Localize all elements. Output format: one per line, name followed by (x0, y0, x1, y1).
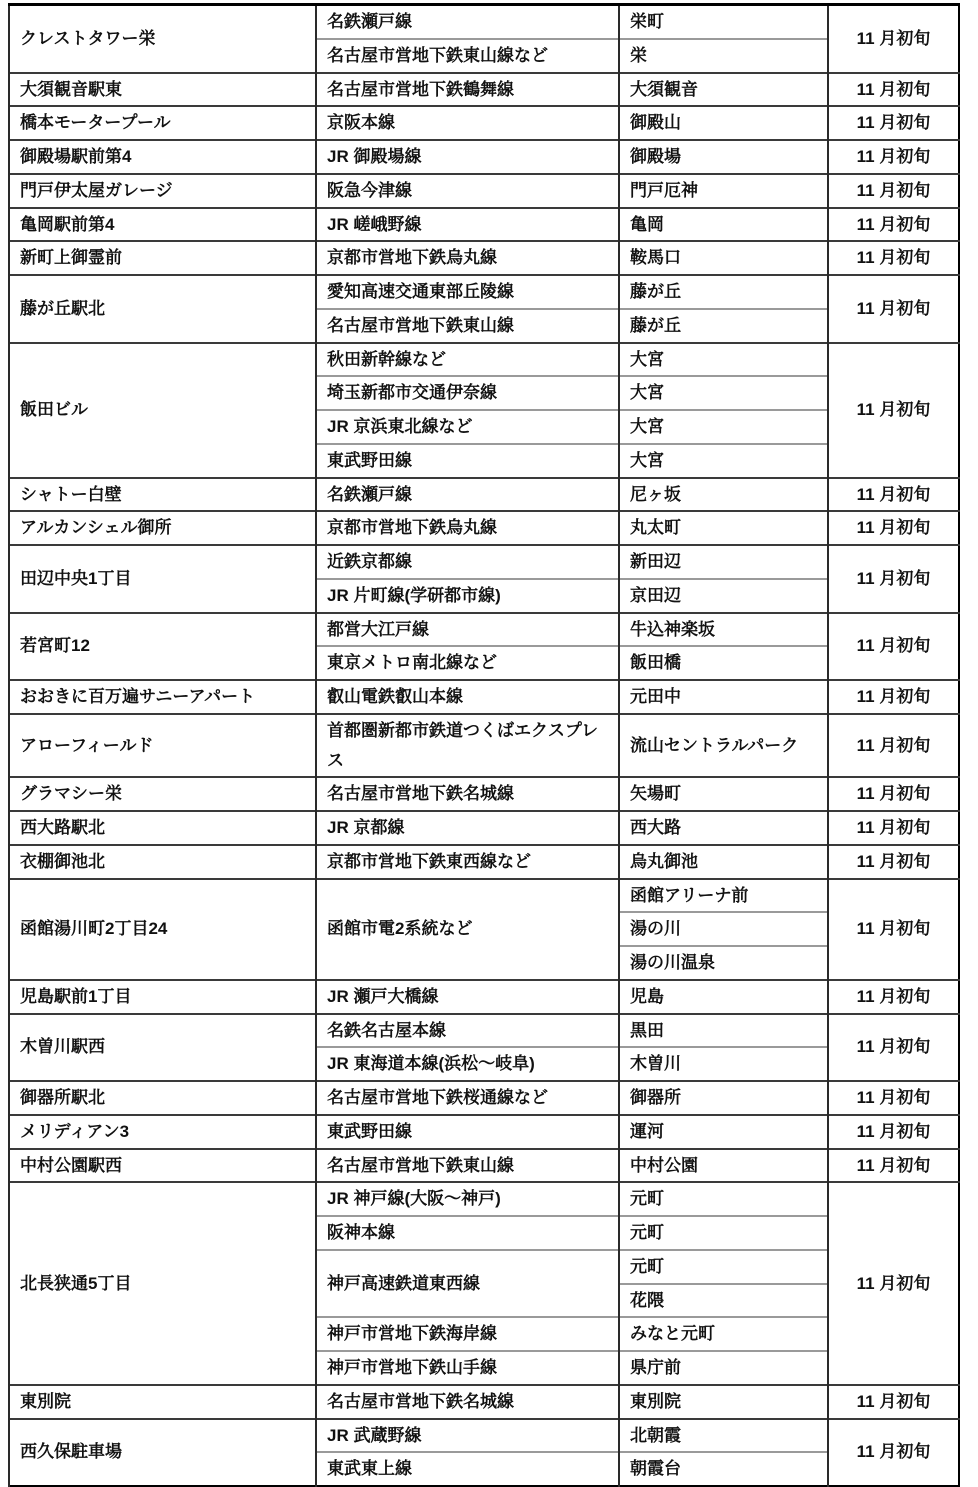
property-name-cell: 函館湯川町2丁目24 (9, 879, 316, 980)
property-name-cell: 亀岡駅前第4 (9, 208, 316, 242)
property-name-cell: アルカンシェル御所 (9, 511, 316, 545)
availability-date-cell: 11 月初旬 (828, 106, 959, 140)
table-row: シャトー白壁名鉄瀬戸線尼ヶ坂11 月初旬 (9, 478, 959, 512)
availability-date-cell: 11 月初旬 (828, 140, 959, 174)
station-cell: 運河 (619, 1115, 828, 1149)
rail-line-cell: 神戸市営地下鉄海岸線 (316, 1317, 619, 1344)
availability-date-cell: 11 月初旬 (828, 241, 959, 275)
rail-line-cell: 近鉄京都線 (316, 545, 619, 579)
table-row: アルカンシェル御所京都市営地下鉄烏丸線丸太町11 月初旬 (9, 511, 959, 545)
station-cell: 新田辺 (619, 545, 828, 579)
rail-line-cell: JR 嵯峨野線 (316, 208, 619, 242)
station-cell: 大宮 (619, 410, 828, 444)
table-row: 函館湯川町2丁目24函館市電2系統など函館アリーナ前11 月初旬 (9, 879, 959, 913)
station-cell: 大宮 (619, 343, 828, 377)
property-name-cell: 新町上御霊前 (9, 241, 316, 275)
rail-line-cell: 東武野田線 (316, 1115, 619, 1149)
table-row: 北長狭通5丁目JR 神戸線(大阪〜神戸)元町11 月初旬 (9, 1182, 959, 1216)
rail-line-cell: 叡山電鉄叡山本線 (316, 680, 619, 714)
station-cell: 御殿場 (619, 140, 828, 174)
property-name-cell: おおきに百万遍サニーアパート (9, 680, 316, 714)
rail-line-cell: 名鉄瀬戸線 (316, 478, 619, 512)
station-cell: 御殿山 (619, 106, 828, 140)
table-row: 橋本モータープール京阪本線御殿山11 月初旬 (9, 106, 959, 140)
station-cell: 鞍馬口 (619, 241, 828, 275)
rail-line-cell: JR 東海道本線(浜松〜岐阜) (316, 1047, 619, 1081)
station-cell: 大須観音 (619, 73, 828, 107)
rail-line-cell: JR 京浜東北線など (316, 410, 619, 444)
rail-line-cell: 神戸高速鉄道東西線 (316, 1250, 619, 1318)
property-name-cell: 中村公園駅西 (9, 1149, 316, 1183)
station-cell: 牛込神楽坂 (619, 613, 828, 647)
availability-date-cell: 11 月初旬 (828, 343, 959, 478)
station-cell: 栄 (619, 39, 828, 73)
rail-line-cell: 秋田新幹線など (316, 343, 619, 377)
station-cell: 児島 (619, 980, 828, 1014)
availability-date-cell: 11 月初旬 (828, 275, 959, 343)
property-name-cell: 衣棚御池北 (9, 845, 316, 879)
availability-date-cell: 11 月初旬 (828, 478, 959, 512)
table-row: 御殿場駅前第4JR 御殿場線御殿場11 月初旬 (9, 140, 959, 174)
station-cell: 流山セントラルパーク (619, 714, 828, 778)
station-cell: 飯田橋 (619, 646, 828, 680)
rail-line-cell: JR 京都線 (316, 811, 619, 845)
table-row: 門戸伊太屋ガレージ阪急今津線門戸厄神11 月初旬 (9, 174, 959, 208)
rail-line-cell: 首都圏新都市鉄道つくばエクスプレス (316, 714, 619, 778)
availability-date-cell: 11 月初旬 (828, 174, 959, 208)
property-table: クレストタワー栄名鉄瀬戸線栄町11 月初旬名古屋市営地下鉄東山線など栄大須観音駅… (8, 3, 960, 1344)
rail-line-cell: JR 御殿場線 (316, 140, 619, 174)
property-name-cell: 飯田ビル (9, 343, 316, 478)
station-cell: 御器所 (619, 1081, 828, 1115)
property-name-cell: 若宮町12 (9, 613, 316, 681)
station-cell: 湯の川 (619, 912, 828, 946)
table-row: 中村公園駅西名古屋市営地下鉄東山線中村公園11 月初旬 (9, 1149, 959, 1183)
station-cell: 尼ヶ坂 (619, 478, 828, 512)
rail-line-cell: 名鉄瀬戸線 (316, 5, 619, 39)
rail-line-cell: 京都市営地下鉄東西線など (316, 845, 619, 879)
availability-date-cell: 11 月初旬 (828, 1014, 959, 1082)
availability-date-cell: 11 月初旬 (828, 980, 959, 1014)
rail-line-cell: 名古屋市営地下鉄桜通線など (316, 1081, 619, 1115)
property-table-body: クレストタワー栄名鉄瀬戸線栄町11 月初旬名古屋市営地下鉄東山線など栄大須観音駅… (9, 5, 959, 1345)
property-name-cell: 西大路駅北 (9, 811, 316, 845)
property-name-cell: 北長狭通5丁目 (9, 1182, 316, 1344)
rail-line-cell: 京阪本線 (316, 106, 619, 140)
property-name-cell: 児島駅前1丁目 (9, 980, 316, 1014)
table-row: アローフィールド首都圏新都市鉄道つくばエクスプレス流山セントラルパーク11 月初… (9, 714, 959, 778)
availability-date-cell: 11 月初旬 (828, 545, 959, 613)
property-name-cell: 門戸伊太屋ガレージ (9, 174, 316, 208)
table-row: 大須観音駅東名古屋市営地下鉄鶴舞線大須観音11 月初旬 (9, 73, 959, 107)
table-row: 御器所駅北名古屋市営地下鉄桜通線など御器所11 月初旬 (9, 1081, 959, 1115)
availability-date-cell: 11 月初旬 (828, 208, 959, 242)
property-name-cell: シャトー白壁 (9, 478, 316, 512)
rail-line-cell: JR 片町線(学研都市線) (316, 579, 619, 613)
availability-date-cell: 11 月初旬 (828, 714, 959, 778)
availability-date-cell: 11 月初旬 (828, 511, 959, 545)
property-name-cell: 御殿場駅前第4 (9, 140, 316, 174)
availability-date-cell: 11 月初旬 (828, 879, 959, 980)
station-cell: 丸太町 (619, 511, 828, 545)
rail-line-cell: JR 神戸線(大阪〜神戸) (316, 1182, 619, 1216)
property-name-cell: 藤が丘駅北 (9, 275, 316, 343)
station-cell: 湯の川温泉 (619, 946, 828, 980)
rail-line-cell: 函館市電2系統など (316, 879, 619, 980)
rail-line-cell: 阪神本線 (316, 1216, 619, 1250)
availability-date-cell: 11 月初旬 (828, 1115, 959, 1149)
station-cell: みなと元町 (619, 1317, 828, 1344)
availability-date-cell: 11 月初旬 (828, 811, 959, 845)
availability-date-cell: 11 月初旬 (828, 1182, 959, 1344)
property-name-cell: グラマシー栄 (9, 777, 316, 811)
station-cell: 花隈 (619, 1284, 828, 1318)
rail-line-cell: 都営大江戸線 (316, 613, 619, 647)
property-name-cell: メリディアン3 (9, 1115, 316, 1149)
table-row: おおきに百万遍サニーアパート叡山電鉄叡山本線元田中11 月初旬 (9, 680, 959, 714)
table-row: 藤が丘駅北愛知高速交通東部丘陵線藤が丘11 月初旬 (9, 275, 959, 309)
property-name-cell: 木曽川駅西 (9, 1014, 316, 1082)
station-cell: 亀岡 (619, 208, 828, 242)
station-cell: 黒田 (619, 1014, 828, 1048)
rail-line-cell: 名古屋市営地下鉄鶴舞線 (316, 73, 619, 107)
station-cell: 矢場町 (619, 777, 828, 811)
table-row: メリディアン3東武野田線運河11 月初旬 (9, 1115, 959, 1149)
station-cell: 中村公園 (619, 1149, 828, 1183)
station-cell: 大宮 (619, 444, 828, 478)
availability-date-cell: 11 月初旬 (828, 5, 959, 73)
rail-line-cell: 京都市営地下鉄烏丸線 (316, 511, 619, 545)
property-table-container: クレストタワー栄名鉄瀬戸線栄町11 月初旬名古屋市営地下鉄東山線など栄大須観音駅… (8, 3, 960, 1344)
property-name-cell: アローフィールド (9, 714, 316, 778)
property-name-cell: クレストタワー栄 (9, 5, 316, 73)
availability-date-cell: 11 月初旬 (828, 73, 959, 107)
table-row: 西大路駅北JR 京都線西大路11 月初旬 (9, 811, 959, 845)
availability-date-cell: 11 月初旬 (828, 613, 959, 681)
availability-date-cell: 11 月初旬 (828, 680, 959, 714)
table-row: 児島駅前1丁目JR 瀬戸大橋線児島11 月初旬 (9, 980, 959, 1014)
station-cell: 西大路 (619, 811, 828, 845)
rail-line-cell: 名古屋市営地下鉄東山線 (316, 1149, 619, 1183)
table-row: 田辺中央1丁目近鉄京都線新田辺11 月初旬 (9, 545, 959, 579)
rail-line-cell: JR 瀬戸大橋線 (316, 980, 619, 1014)
station-cell: 大宮 (619, 376, 828, 410)
property-name-cell: 御器所駅北 (9, 1081, 316, 1115)
station-cell: 栄町 (619, 5, 828, 39)
availability-date-cell: 11 月初旬 (828, 1081, 959, 1115)
rail-line-cell: 名古屋市営地下鉄東山線など (316, 39, 619, 73)
station-cell: 烏丸御池 (619, 845, 828, 879)
availability-date-cell: 11 月初旬 (828, 777, 959, 811)
rail-line-cell: 埼玉新都市交通伊奈線 (316, 376, 619, 410)
station-cell: 元町 (619, 1182, 828, 1216)
station-cell: 京田辺 (619, 579, 828, 613)
table-row: 飯田ビル秋田新幹線など大宮11 月初旬 (9, 343, 959, 377)
rail-line-cell: 京都市営地下鉄烏丸線 (316, 241, 619, 275)
station-cell: 藤が丘 (619, 275, 828, 309)
rail-line-cell: 東京メトロ南北線など (316, 646, 619, 680)
station-cell: 木曽川 (619, 1047, 828, 1081)
station-cell: 藤が丘 (619, 309, 828, 343)
property-name-cell: 橋本モータープール (9, 106, 316, 140)
station-cell: 元町 (619, 1250, 828, 1284)
station-cell: 元町 (619, 1216, 828, 1250)
table-row: 衣棚御池北京都市営地下鉄東西線など烏丸御池11 月初旬 (9, 845, 959, 879)
availability-date-cell: 11 月初旬 (828, 1149, 959, 1183)
table-row: 若宮町12都営大江戸線牛込神楽坂11 月初旬 (9, 613, 959, 647)
availability-date-cell: 11 月初旬 (828, 845, 959, 879)
rail-line-cell: 愛知高速交通東部丘陵線 (316, 275, 619, 309)
table-row: グラマシー栄名古屋市営地下鉄名城線矢場町11 月初旬 (9, 777, 959, 811)
table-row: 新町上御霊前京都市営地下鉄烏丸線鞍馬口11 月初旬 (9, 241, 959, 275)
property-name-cell: 大須観音駅東 (9, 73, 316, 107)
table-row: 亀岡駅前第4JR 嵯峨野線亀岡11 月初旬 (9, 208, 959, 242)
rail-line-cell: 阪急今津線 (316, 174, 619, 208)
station-cell: 門戸厄神 (619, 174, 828, 208)
rail-line-cell: 名古屋市営地下鉄東山線 (316, 309, 619, 343)
rail-line-cell: 東武野田線 (316, 444, 619, 478)
property-name-cell: 田辺中央1丁目 (9, 545, 316, 613)
station-cell: 函館アリーナ前 (619, 879, 828, 913)
station-cell: 元田中 (619, 680, 828, 714)
table-row: クレストタワー栄名鉄瀬戸線栄町11 月初旬 (9, 5, 959, 39)
rail-line-cell: 名古屋市営地下鉄名城線 (316, 777, 619, 811)
rail-line-cell: 名鉄名古屋本線 (316, 1014, 619, 1048)
table-row: 木曽川駅西名鉄名古屋本線黒田11 月初旬 (9, 1014, 959, 1048)
